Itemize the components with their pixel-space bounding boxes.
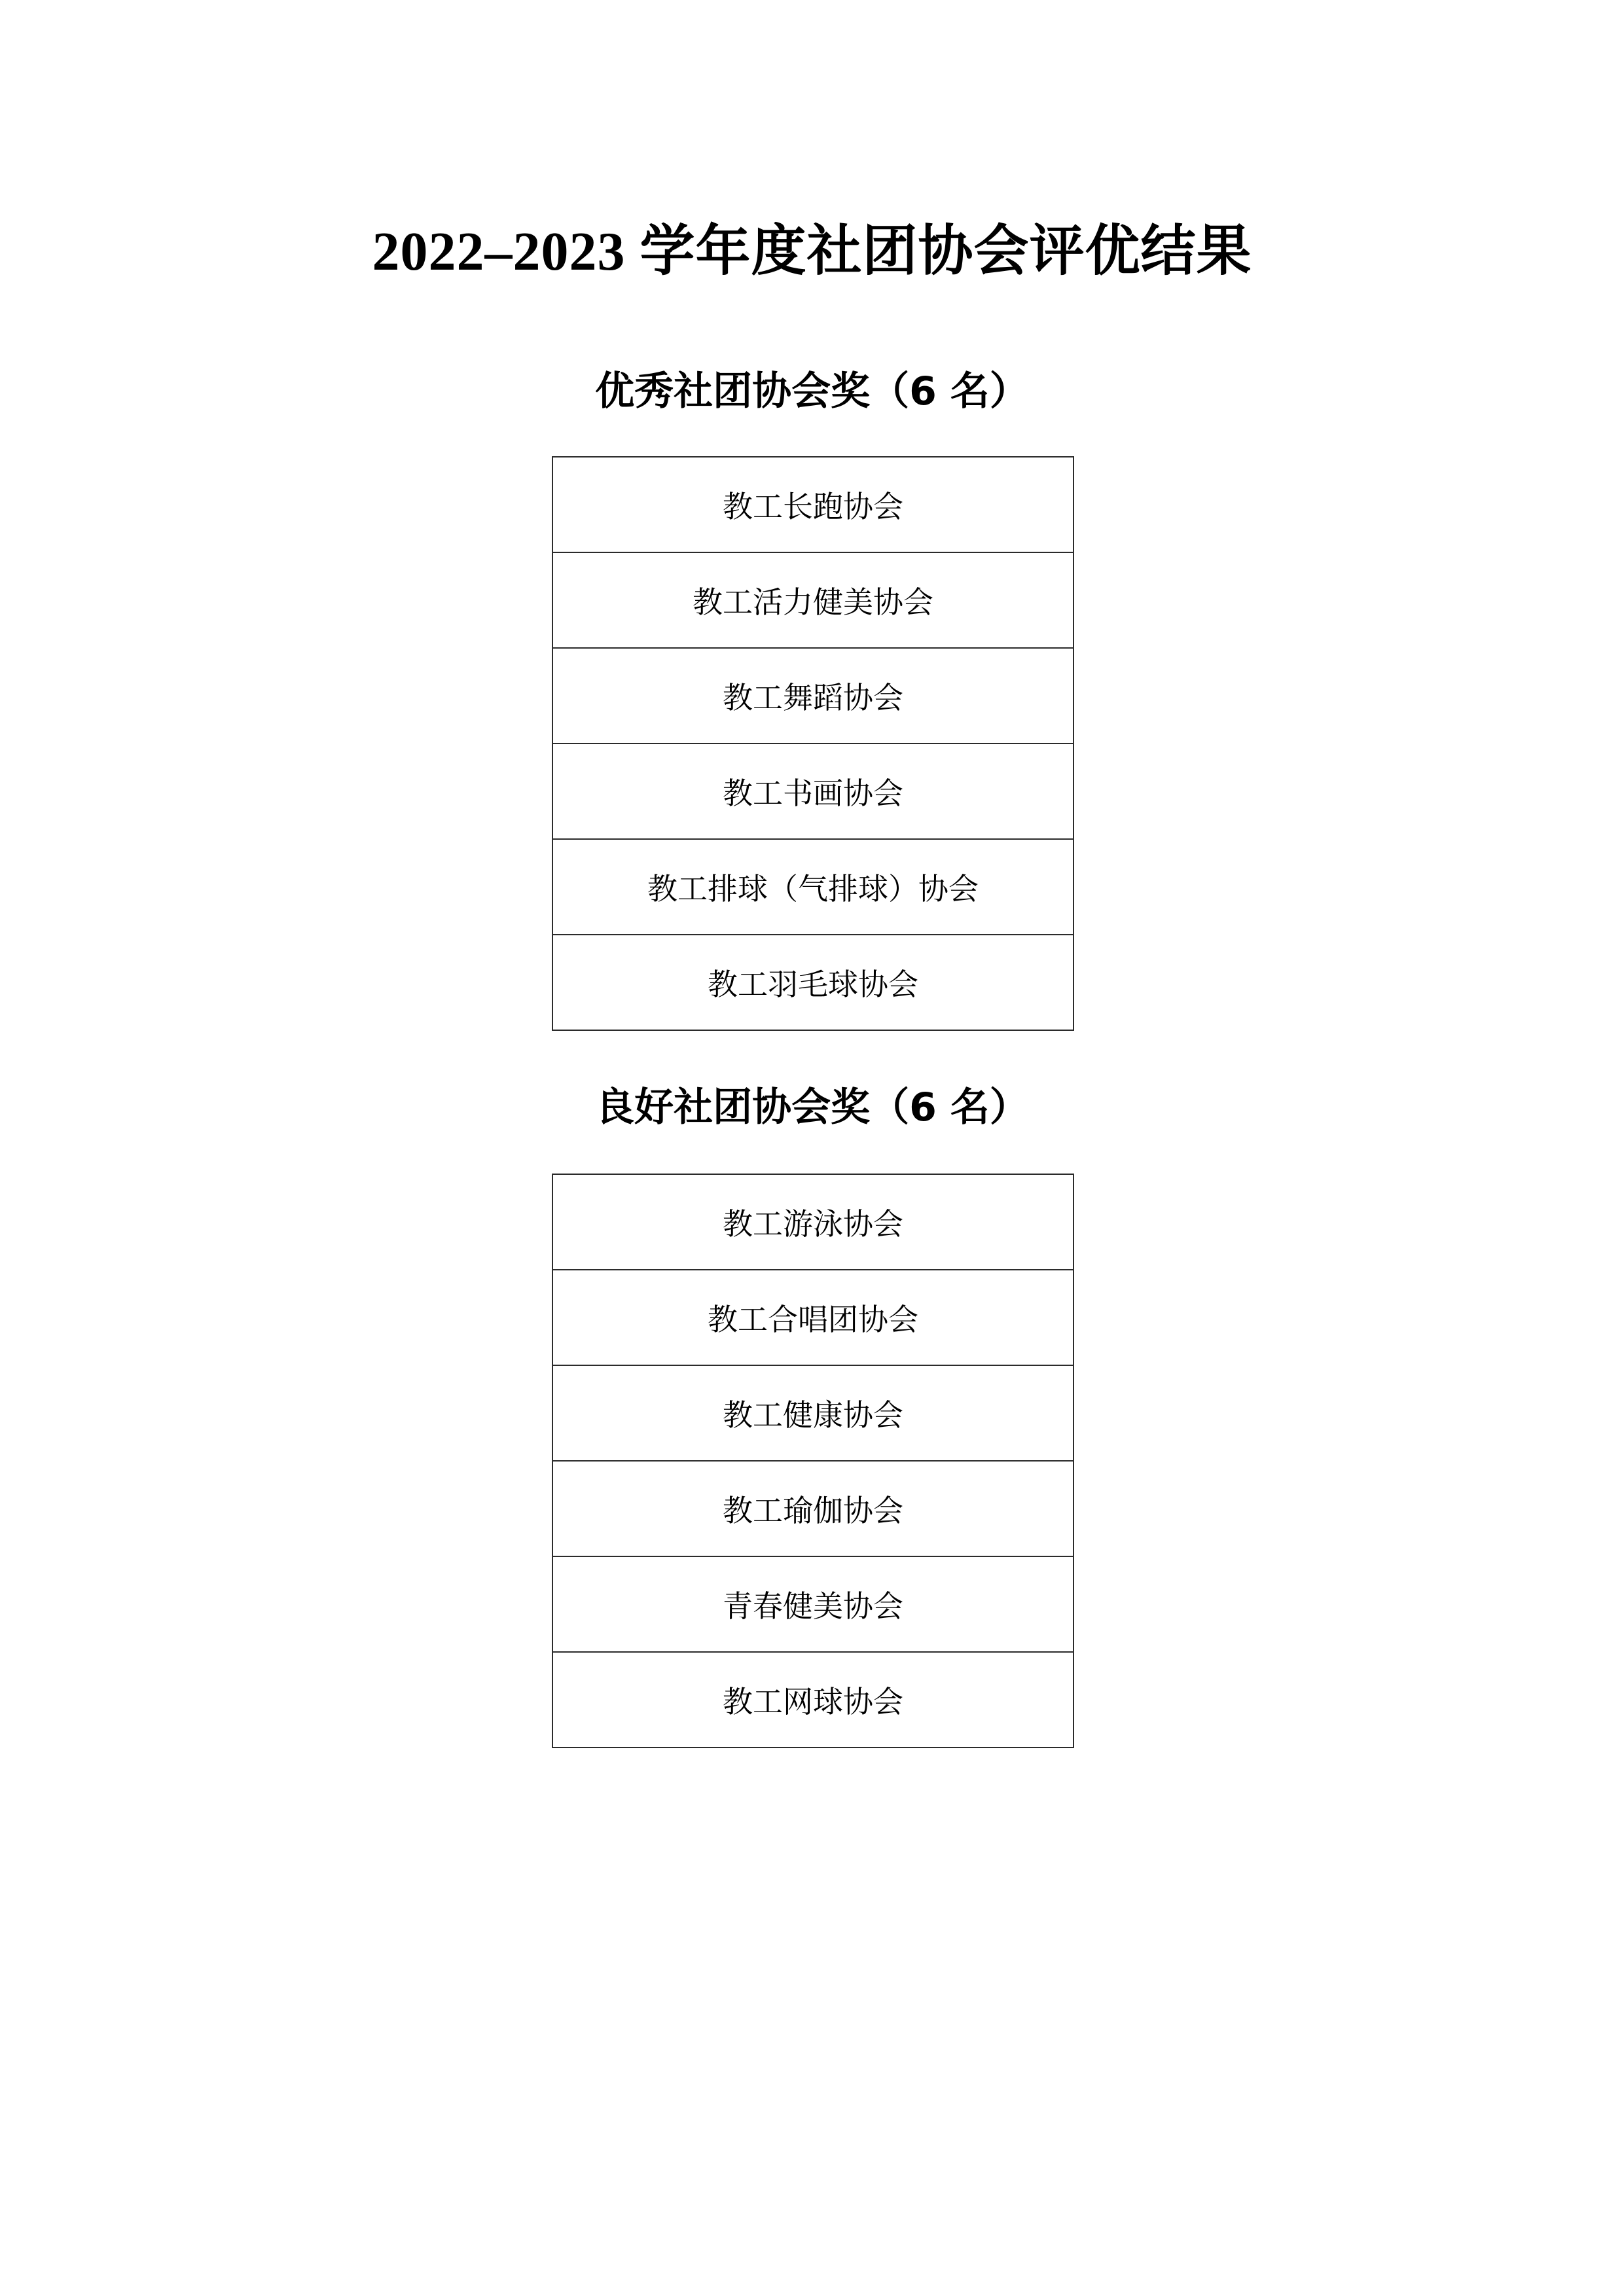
table-row: 教工健康协会 [552,1365,1074,1461]
section-heading-good: 良好社团协会奖（6 名） [0,1081,1624,1134]
table-row: 教工书画协会 [552,744,1074,839]
table-row: 教工活力健美协会 [552,552,1074,648]
table-row: 教工网球协会 [552,1652,1074,1748]
table-row: 教工羽毛球协会 [552,935,1074,1030]
table-row: 教工游泳协会 [552,1174,1074,1270]
table-cell: 教工网球协会 [552,1652,1074,1748]
page-title: 2022–2023 学年度社团协会评优结果 [0,216,1624,288]
table-cell: 教工羽毛球协会 [552,935,1074,1030]
table-cell: 教工健康协会 [552,1365,1074,1461]
table-cell: 教工排球（气排球）协会 [552,839,1074,935]
good-award-table: 教工游泳协会 教工合唱团协会 教工健康协会 教工瑜伽协会 青春健美协会 教工网球… [552,1174,1074,1748]
table-row: 教工长跑协会 [552,457,1074,552]
table-row: 教工合唱团协会 [552,1270,1074,1365]
table-cell: 教工活力健美协会 [552,552,1074,648]
excellent-award-table: 教工长跑协会 教工活力健美协会 教工舞蹈协会 教工书画协会 教工排球（气排球）协… [552,456,1074,1031]
table-cell: 教工舞蹈协会 [552,648,1074,744]
table-cell: 教工长跑协会 [552,457,1074,552]
table-cell: 教工瑜伽协会 [552,1461,1074,1556]
table-row: 教工舞蹈协会 [552,648,1074,744]
table-cell: 青春健美协会 [552,1556,1074,1652]
section-heading-excellent: 优秀社团协会奖（6 名） [0,365,1624,418]
table-row: 教工瑜伽协会 [552,1461,1074,1556]
table-row: 青春健美协会 [552,1556,1074,1652]
table-row: 教工排球（气排球）协会 [552,839,1074,935]
table-cell: 教工游泳协会 [552,1174,1074,1270]
table-cell: 教工书画协会 [552,744,1074,839]
table-cell: 教工合唱团协会 [552,1270,1074,1365]
